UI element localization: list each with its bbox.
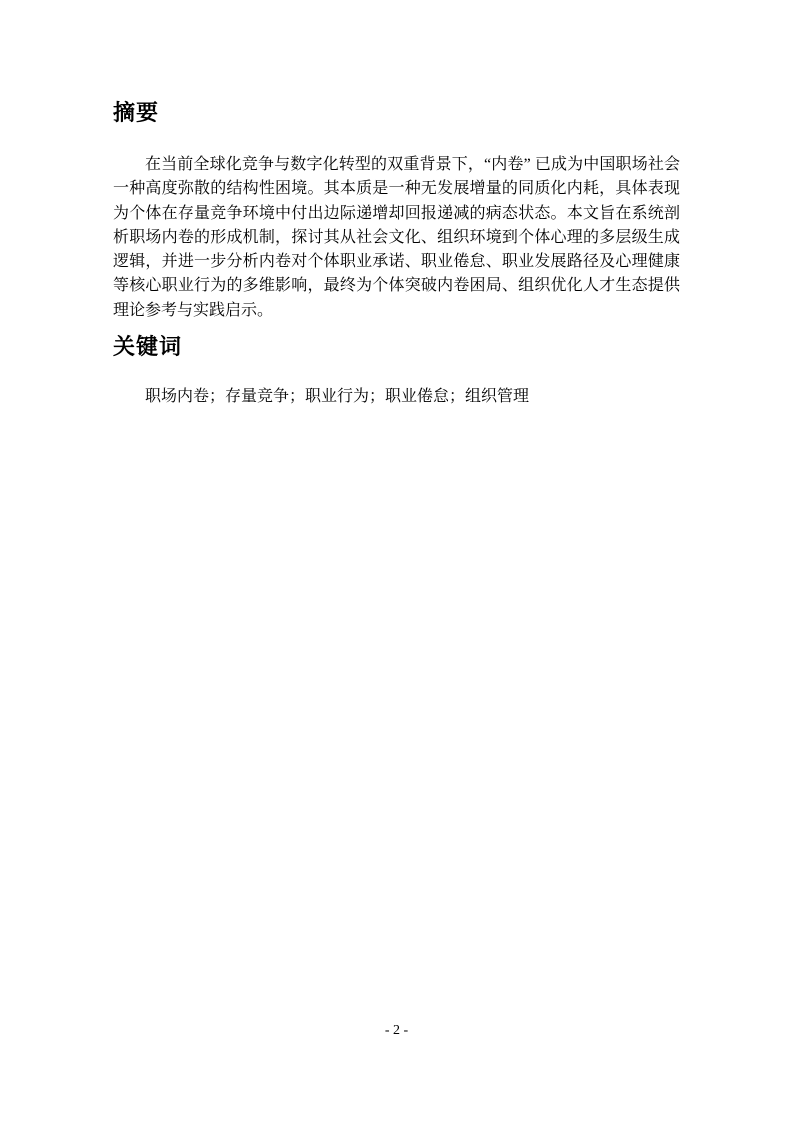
abstract-paragraph: 在当前全球化竞争与数字化转型的双重背景下，“内卷” 已成为中国职场社会一种高度弥…	[113, 153, 680, 323]
page-content: 摘要 在当前全球化竞争与数字化转型的双重背景下，“内卷” 已成为中国职场社会一种…	[113, 0, 680, 409]
keywords-text: 职场内卷；存量竞争；职业行为；职业倦怠；组织管理	[113, 385, 680, 409]
page-footer: - 2 -	[0, 1022, 793, 1040]
abstract-heading: 摘要	[113, 99, 680, 127]
keywords-heading: 关键词	[113, 333, 680, 361]
document-page: 摘要 在当前全球化竞争与数字化转型的双重背景下，“内卷” 已成为中国职场社会一种…	[0, 0, 793, 1122]
page-number: - 2 -	[385, 1023, 408, 1038]
